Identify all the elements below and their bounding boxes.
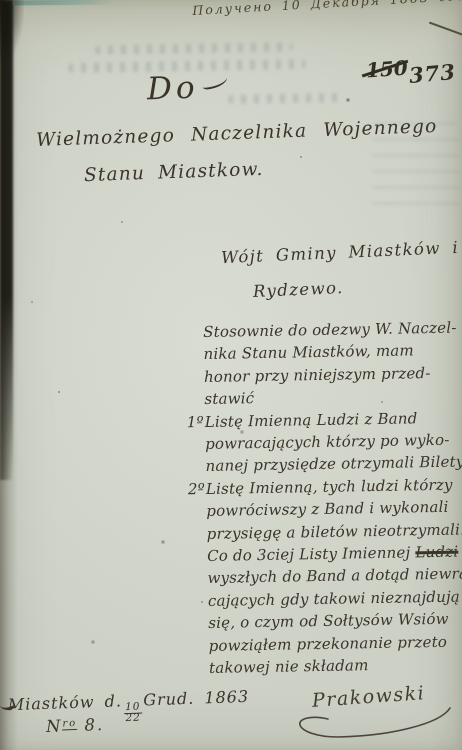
place-label: Miastków d. (8, 691, 123, 714)
sender-line-1: Wójt Gminy Miastków i (221, 238, 460, 267)
body-line: powziąłem przekonanie przeto (208, 630, 462, 657)
number-superscript: ro (62, 718, 77, 731)
bleedthrough-text-line (228, 93, 340, 104)
place-date-line: Miastków d.1022Grud. 1863 (8, 687, 250, 727)
body-line: honor przy niniejszym przed- (204, 361, 462, 388)
number-value: 8. (84, 715, 104, 735)
number-prefix: N (46, 716, 63, 736)
registry-number: 373 (408, 59, 457, 88)
body-line: takowej nie składam (209, 653, 462, 680)
addressee-line-2: Stanu Miastkow. (84, 159, 264, 186)
body-line-text: Listę Imienną Ludzi z Band (205, 409, 418, 431)
old-registry-number: 150 (365, 56, 408, 83)
letter-body: Stosownie do odezwy W. Naczel- nika Stan… (203, 316, 462, 679)
date-lower: 22 (124, 713, 142, 723)
binding-shadow-upper (0, 0, 13, 480)
item-marker: 1º (187, 411, 204, 434)
body-line-text: Co do 3ciej Listy Imiennej (207, 543, 411, 565)
item-marker: 2º (188, 478, 205, 501)
signature-flourish (294, 702, 456, 746)
received-annotation: Получено 10 Декабря 1863 года (192, 0, 462, 19)
bleedthrough-text-line (95, 42, 293, 54)
document-page: Получено 10 Декабря 1863 года 150 373 Do… (0, 0, 462, 750)
annotation-flourish-tail (429, 22, 462, 37)
document-number: Nro 8. (46, 715, 105, 736)
crossed-out-word: Ludzi (415, 543, 458, 562)
paper-speckles (0, 0, 2, 2)
body-line: 2º Listę Imienną, tych ludzi którzy (206, 473, 462, 500)
salutation-do: Do (146, 69, 228, 108)
dual-date-fraction: 1022 (124, 703, 142, 724)
binding-corner-shadow (0, 0, 24, 64)
page-edge-strip (13, 0, 115, 6)
body-line-text: Listę Imienną, tych ludzi którzy (206, 476, 453, 498)
sender-line-2: Rydzewo. (253, 278, 344, 301)
body-line: 1º Listę Imienną Ludzi z Band (205, 406, 462, 433)
date-rest: Grud. 1863 (143, 687, 249, 710)
